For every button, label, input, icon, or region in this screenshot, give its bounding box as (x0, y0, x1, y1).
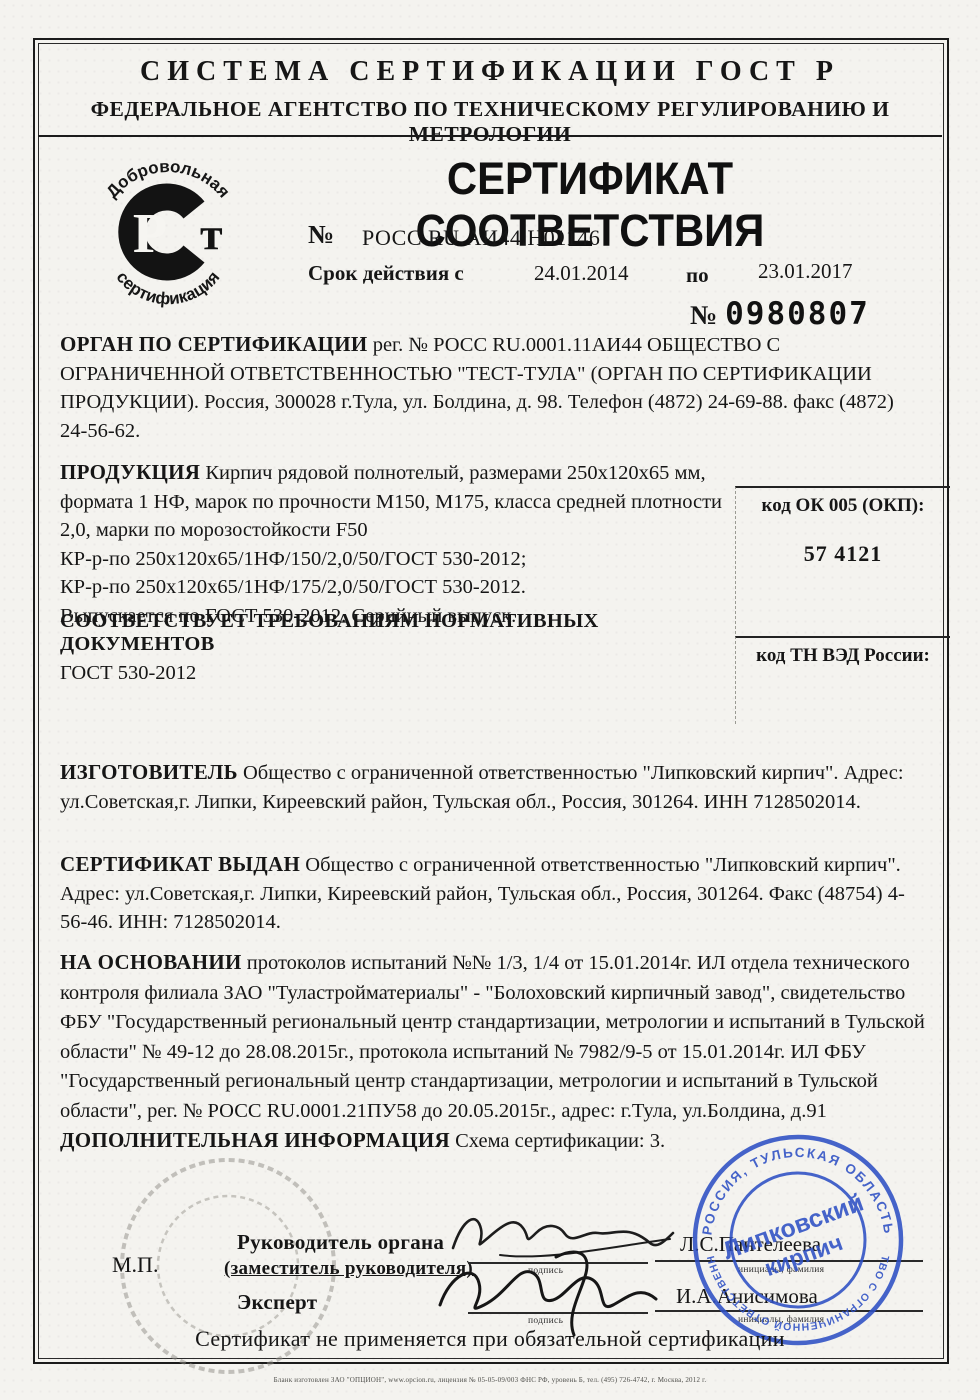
header-system-title: СИСТЕМА СЕРТИФИКАЦИИ ГОСТ Р (40, 56, 940, 88)
additional-text: Схема сертификации: 3. (455, 1130, 665, 1152)
manufacturer-label: ИЗГОТОВИТЕЛЬ (60, 760, 238, 784)
basis-label: НА ОСНОВАНИИ (60, 950, 242, 974)
logo-t-letter: т (200, 208, 223, 259)
validity-date-from: 24.01.2014 (534, 261, 629, 286)
expert-label: Эксперт (237, 1290, 317, 1315)
basis-text: протоколов испытаний №№ 1/3, 1/4 от 15.0… (60, 952, 925, 1122)
head-of-body-label: Руководитель органа (237, 1230, 444, 1255)
blank-serial-number: №0980807 (690, 296, 930, 332)
bottom-note: Сертификат не применяется при обязательн… (40, 1326, 940, 1352)
production-line: КР-р-по 250х120х65/1НФ/175/2,0/50/ГОСТ 5… (60, 573, 740, 602)
logo-p-letter: Р (133, 203, 167, 265)
section-issued-to: СЕРТИФИКАТ ВЫДАН Общество с ограниченной… (60, 850, 928, 937)
section-production: ПРОДУКЦИЯ Кирпич рядовой полнотелый, раз… (60, 458, 740, 630)
conformity-label: СООТВЕТСТВУЕТ ТРЕБОВАНИЯМ НОРМАТИВНЫХ ДО… (60, 610, 720, 656)
production-paragraph: ПРОДУКЦИЯ Кирпич рядовой полнотелый, раз… (60, 458, 740, 545)
section-basis: НА ОСНОВАНИИ протоколов испытаний №№ 1/3… (60, 948, 930, 1126)
serial-number-digits: 0980807 (725, 296, 870, 332)
issued-to-label: СЕРТИФИКАТ ВЫДАН (60, 852, 300, 876)
okp-code-label: код ОК 005 (ОКП): (736, 488, 950, 517)
validity-label: Срок действия с (308, 261, 464, 286)
conformity-value: ГОСТ 530-2012 (60, 659, 720, 688)
production-line: КР-р-по 250х120х65/1НФ/150/2,0/50/ГОСТ 5… (60, 545, 740, 574)
tnved-code-box: код ТН ВЭД России: (735, 636, 950, 724)
validity-date-to: 23.01.2017 (758, 259, 853, 284)
rst-logo-icon: Добровольная Р т сертификация (78, 148, 258, 338)
production-label: ПРОДУКЦИЯ (60, 460, 200, 484)
organ-label: ОРГАН ПО СЕРТИФИКАЦИИ (60, 332, 368, 356)
okp-code-value: 57 4121 (736, 541, 950, 567)
section-organ: ОРГАН ПО СЕРТИФИКАЦИИ рег. № РОСС RU.000… (60, 330, 900, 445)
validity-to-label: по (686, 263, 709, 288)
form-maker-fine-print: Бланк изготовлен ЗАО "ОПЦИОН", www.opcio… (40, 1376, 940, 1384)
header-agency-title: ФЕДЕРАЛЬНОЕ АГЕНТСТВО ПО ТЕХНИЧЕСКОМУ РЕ… (40, 97, 940, 147)
certificate-page: СИСТЕМА СЕРТИФИКАЦИИ ГОСТ Р ФЕДЕРАЛЬНОЕ … (0, 0, 980, 1400)
cert-number-sign: № (308, 220, 334, 250)
cert-number-value: РОСС RU.АИ44.Н01146 (362, 225, 600, 251)
header-divider (38, 135, 942, 137)
tnved-code-label: код ТН ВЭД России: (736, 638, 950, 667)
okp-code-box: код ОК 005 (ОКП): 57 4121 (735, 486, 950, 634)
section-conformity: СООТВЕТСТВУЕТ ТРЕБОВАНИЯМ НОРМАТИВНЫХ ДО… (60, 610, 720, 688)
section-manufacturer: ИЗГОТОВИТЕЛЬ Общество с ограниченной отв… (60, 758, 928, 816)
serial-number-sign: № (690, 300, 717, 330)
mp-seal-place-label: М.П. (112, 1252, 158, 1278)
